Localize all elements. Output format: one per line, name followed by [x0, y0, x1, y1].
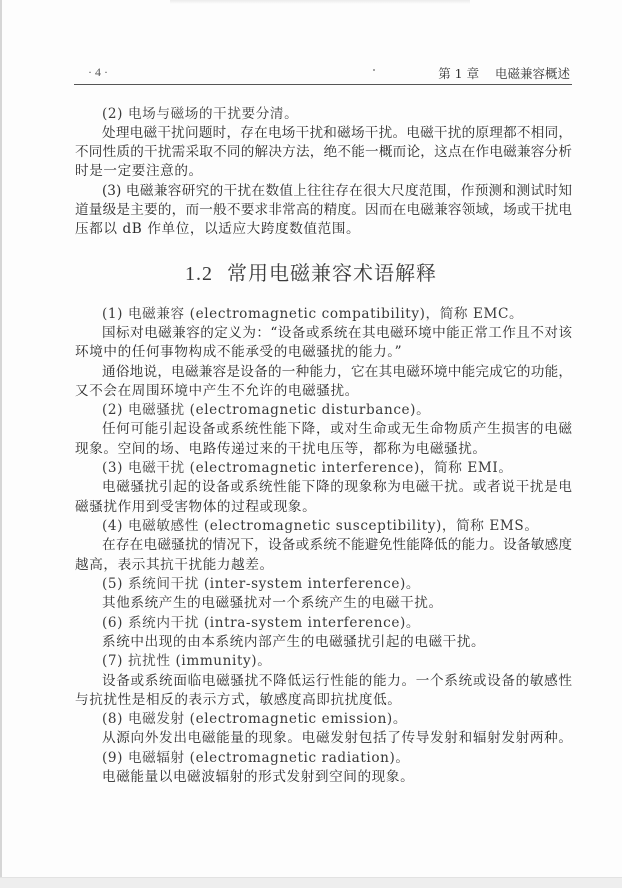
section-title: 常用电磁兼容术语解释	[227, 261, 437, 285]
term-heading-disturbance: (2) 电磁骚扰 (electromagnetic disturbance)。	[102, 401, 572, 420]
paragraph-line: 现象。空间的场、电路传递过来的干扰电压等，都称为电磁骚扰。	[75, 440, 572, 459]
paragraph-line: 电磁骚扰引起的设备或系统性能下降的现象称为电磁干扰。或者说干扰是电	[102, 478, 572, 497]
running-header: · 4 · 第 1 章 电磁兼容概述	[74, 62, 572, 85]
term-heading-emc: (1) 电磁兼容 (electromagnetic compatibility)…	[102, 305, 572, 324]
term-heading-immunity: (7) 抗扰性 (immunity)。	[102, 652, 572, 671]
paragraph-line: 压都以 dB 作单位，以适应大跨度数值范围。	[75, 220, 572, 239]
term-heading-inter-system: (5) 系统间干扰 (inter-system interference)。	[102, 575, 572, 594]
term-heading-emission: (8) 电磁发射 (electromagnetic emission)。	[102, 710, 572, 729]
paragraph-line: 与抗扰性是相反的表示方式，敏感度高即抗扰度低。	[75, 691, 572, 710]
paragraph-line: 越高，表示其抗干扰能力越差。	[75, 556, 572, 575]
paragraph-line: 处理电磁干扰问题时，存在电场干扰和磁场干扰。电磁干扰的原理都不相同，	[102, 124, 572, 143]
page-bottom-edge	[0, 877, 622, 888]
section-heading: 1.2常用电磁兼容术语解释	[0, 257, 622, 286]
paragraph-line: 设备或系统面临电磁骚扰不降低运行性能的能力。一个系统或设备的敏感性	[102, 672, 572, 691]
paragraph-line: 其他系统产生的电磁骚扰对一个系统产生的电磁干扰。	[102, 594, 572, 613]
paragraph-line: 在存在电磁骚扰的情况下，设备或系统不能避免性能降低的能力。设备敏感度	[102, 536, 572, 555]
paragraph-line: 时是一定要注意的。	[75, 162, 572, 181]
paragraph-line: 环境中的任何事物构成不能承受的电磁骚扰的能力。”	[75, 343, 572, 362]
scan-shadow	[170, 0, 470, 4]
chapter-title: 第 1 章 电磁兼容概述	[438, 64, 570, 82]
term-heading-intra-system: (6) 系统内干扰 (intra-system interference)。	[102, 614, 572, 633]
paragraph-line: 通俗地说，电磁兼容是设备的一种能力，它在其电磁环境中能完成它的功能，	[102, 363, 572, 382]
paragraph-line: 国标对电磁兼容的定义为：“设备或系统在其电磁环境中能正常工作且不对该	[102, 324, 572, 343]
point-heading: (3) 电磁兼容研究的干扰在数值上往往存在很大尺度范围，作预测和测试时知	[102, 182, 572, 201]
paragraph-line: 磁骚扰作用到受害物体的过程或现象。	[75, 498, 572, 517]
paragraph-line: 不同性质的干扰需采取不同的解决方法，绝不能一概而论，这点在作电磁兼容分析	[75, 143, 572, 162]
page-number: · 4 ·	[88, 65, 108, 80]
point-heading: (2) 电场与磁场的干扰要分清。	[102, 105, 572, 124]
paragraph-line: 从源向外发出电磁能量的现象。电磁发射包括了传导发射和辐射发射两种。	[102, 729, 572, 748]
term-heading-radiation: (9) 电磁辐射 (electromagnetic radiation)。	[102, 749, 572, 768]
section-number: 1.2	[185, 263, 213, 285]
paragraph-line: 任何可能引起设备或系统性能下降，或对生命或无生命物质产生损害的电磁	[102, 420, 572, 439]
paragraph-line: 道量级是主要的，而一般不要求非常高的精度。因而在电磁兼容领域，场或干扰电	[75, 201, 572, 220]
term-heading-emi: (3) 电磁干扰 (electromagnetic interference)，…	[102, 459, 572, 478]
paragraph-line: 系统中出现的由本系统内部产生的电磁骚扰引起的电磁干扰。	[102, 633, 572, 652]
term-heading-ems: (4) 电磁敏感性 (electromagnetic susceptibilit…	[102, 517, 572, 536]
page-edge	[0, 0, 2, 888]
scan-speck	[373, 69, 375, 71]
paragraph-line: 电磁能量以电磁波辐射的形式发射到空间的现象。	[102, 768, 572, 787]
paragraph-line: 又不会在周围环境中产生不允许的电磁骚扰。	[75, 382, 572, 401]
